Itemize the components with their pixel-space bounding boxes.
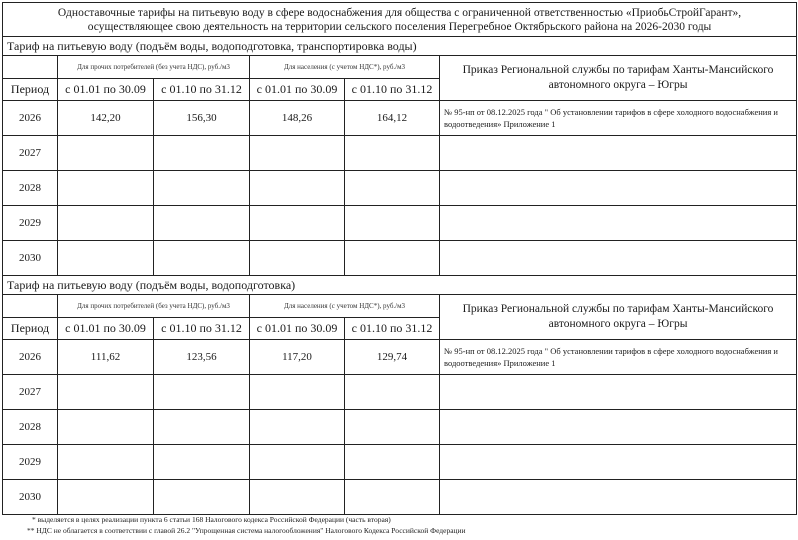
order-document — [440, 241, 797, 276]
tariff-value — [250, 171, 345, 206]
order-document — [440, 206, 797, 241]
tariff-value — [250, 375, 345, 410]
blank-header-cell — [3, 56, 58, 79]
year-cell: 2030 — [3, 480, 58, 515]
tariff-value — [154, 480, 250, 515]
column-header: с 01.10 по 31.12 — [345, 318, 440, 340]
title-line-2: осуществляющее свою деятельность на терр… — [3, 20, 796, 34]
order-document — [440, 136, 797, 171]
tariff-value — [345, 410, 440, 445]
column-header: Период — [3, 318, 58, 340]
year-cell: 2028 — [3, 410, 58, 445]
year-cell: 2026 — [3, 101, 58, 136]
tariff-value: 164,12 — [345, 101, 440, 136]
year-cell: 2027 — [3, 136, 58, 171]
tariff-value: 148,26 — [250, 101, 345, 136]
blank-header-cell — [3, 295, 58, 318]
tariff-value: 129,74 — [345, 340, 440, 375]
year-cell: 2026 — [3, 340, 58, 375]
tariff-value: 123,56 — [154, 340, 250, 375]
group-other-consumers: Для прочих потребителей (без учета НДС),… — [58, 56, 250, 79]
column-header: с 01.01 по 30.09 — [58, 79, 154, 101]
tariff-value: 117,20 — [250, 340, 345, 375]
table-row: 2030 — [3, 480, 797, 515]
order-document: № 95-нп от 08.12.2025 года " Об установл… — [440, 101, 797, 136]
tariff-value — [345, 206, 440, 241]
tariff-value — [58, 410, 154, 445]
tariff-value — [154, 375, 250, 410]
tariff-value — [58, 241, 154, 276]
column-header: с 01.10 по 31.12 — [345, 79, 440, 101]
tariff-value: 142,20 — [58, 101, 154, 136]
table-title: Одноставочные тарифы на питьевую воду в … — [3, 3, 797, 37]
order-document — [440, 375, 797, 410]
tariff-value — [154, 445, 250, 480]
tariff-value — [58, 171, 154, 206]
tariff-value — [58, 136, 154, 171]
footnote-vat: * выделяется в целях реализации пункта 6… — [0, 514, 798, 525]
tariff-value — [250, 410, 345, 445]
tariff-value: 156,30 — [154, 101, 250, 136]
table-row: 2028 — [3, 410, 797, 445]
order-document — [440, 445, 797, 480]
tariff-value — [345, 241, 440, 276]
column-header: с 01.10 по 31.12 — [154, 79, 250, 101]
tariff-value — [250, 206, 345, 241]
column-header: с 01.10 по 31.12 — [154, 318, 250, 340]
column-header: с 01.01 по 30.09 — [58, 318, 154, 340]
tariff-value — [345, 445, 440, 480]
section-heading: Тариф на питьевую воду (подъём воды, вод… — [3, 37, 797, 56]
tariff-table: Одноставочные тарифы на питьевую воду в … — [2, 2, 797, 515]
footnotes: * выделяется в целях реализации пункта 6… — [0, 514, 798, 536]
tariff-value — [154, 410, 250, 445]
year-cell: 2028 — [3, 171, 58, 206]
tariff-value — [345, 171, 440, 206]
year-cell: 2029 — [3, 206, 58, 241]
tariff-value — [58, 375, 154, 410]
year-cell: 2030 — [3, 241, 58, 276]
table-row: 2026111,62123,56117,20129,74№ 95-нп от 0… — [3, 340, 797, 375]
group-population: Для населения (с учетом НДС*), руб./м3 — [250, 56, 440, 79]
tariff-value — [345, 136, 440, 171]
tariff-value — [154, 171, 250, 206]
order-document — [440, 410, 797, 445]
table-row: 2030 — [3, 241, 797, 276]
table-row: 2026142,20156,30148,26164,12№ 95-нп от 0… — [3, 101, 797, 136]
tariff-value — [250, 445, 345, 480]
year-cell: 2027 — [3, 375, 58, 410]
group-other-consumers: Для прочих потребителей (без учета НДС),… — [58, 295, 250, 318]
table-row: 2029 — [3, 206, 797, 241]
tariff-value — [345, 480, 440, 515]
table-row: 2029 — [3, 445, 797, 480]
title-line-1: Одноставочные тарифы на питьевую воду в … — [3, 6, 796, 20]
table-row: 2027 — [3, 136, 797, 171]
order-heading: Приказ Региональной службы по тарифам Ха… — [440, 295, 797, 340]
section-heading: Тариф на питьевую воду (подъём воды, вод… — [3, 276, 797, 295]
tariff-value — [58, 206, 154, 241]
column-header: Период — [3, 79, 58, 101]
year-cell: 2029 — [3, 445, 58, 480]
tariff-value — [250, 136, 345, 171]
order-document — [440, 171, 797, 206]
tariff-value — [250, 241, 345, 276]
tariff-value — [345, 375, 440, 410]
table-row: 2027 — [3, 375, 797, 410]
table-row: 2028 — [3, 171, 797, 206]
order-document: № 95-нп от 08.12.2025 года " Об установл… — [440, 340, 797, 375]
tariff-value: 111,62 — [58, 340, 154, 375]
tariff-value — [250, 480, 345, 515]
tariff-value — [58, 445, 154, 480]
footnote-no-vat: ** НДС не облагается в соответствии с гл… — [0, 525, 798, 536]
column-header: с 01.01 по 30.09 — [250, 318, 345, 340]
order-heading: Приказ Региональной службы по тарифам Ха… — [440, 56, 797, 101]
order-document — [440, 480, 797, 515]
tariff-value — [154, 206, 250, 241]
tariff-value — [58, 480, 154, 515]
column-header: с 01.01 по 30.09 — [250, 79, 345, 101]
tariff-value — [154, 136, 250, 171]
group-population: Для населения (с учетом НДС*), руб./м3 — [250, 295, 440, 318]
tariff-value — [154, 241, 250, 276]
